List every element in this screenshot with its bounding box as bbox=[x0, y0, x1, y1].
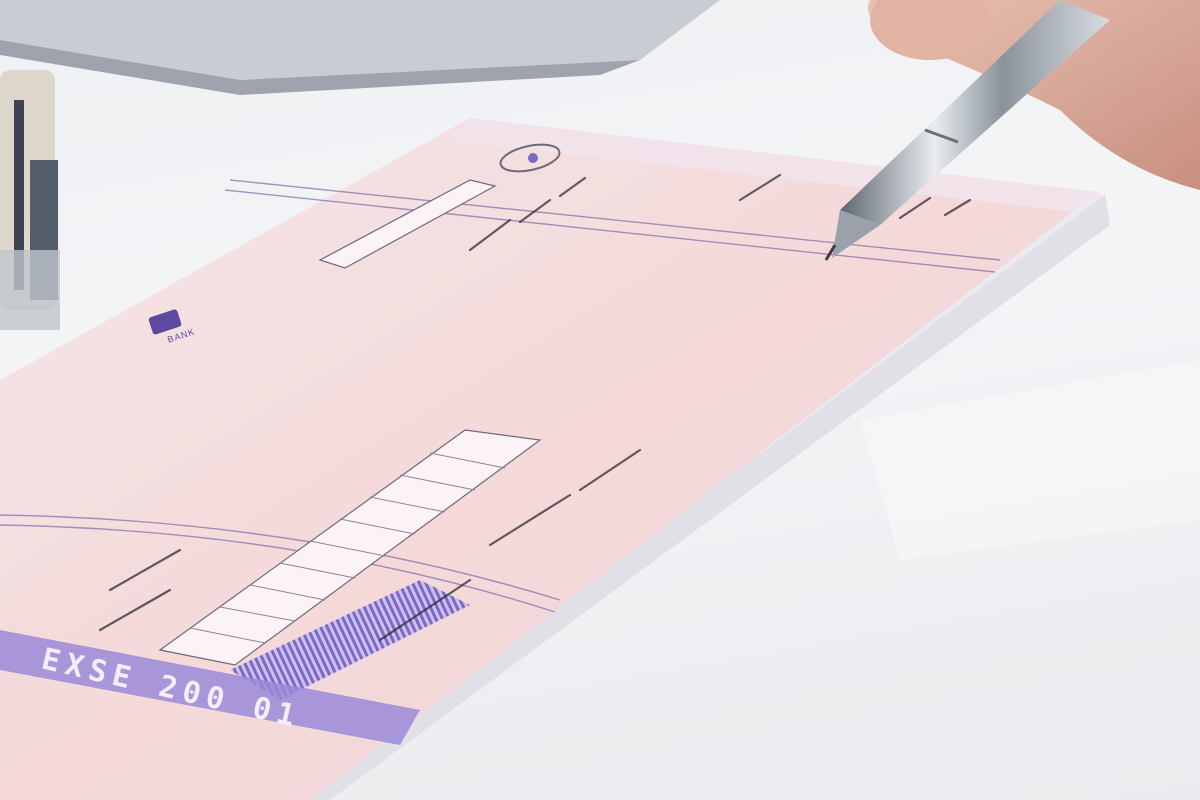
laptop bbox=[0, 0, 720, 95]
scene-illustration: EXSE 200 01 BANK bbox=[0, 0, 1200, 800]
photo-scene: EXSE 200 01 BANK bbox=[0, 0, 1200, 800]
pen-holder bbox=[0, 70, 60, 330]
